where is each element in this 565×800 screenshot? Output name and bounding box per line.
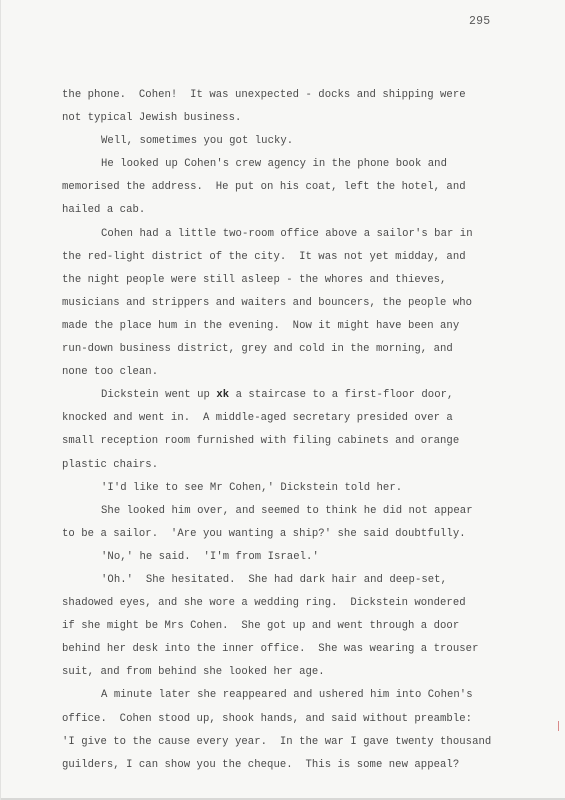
margin-mark [558, 721, 559, 731]
text-line: the phone. Cohen! It was unexpected - do… [62, 84, 532, 107]
text-line: the red-light district of the city. It w… [62, 246, 532, 269]
text-line: Cohen had a little two-room office above… [62, 223, 532, 246]
text-line: A minute later she reappeared and ushere… [62, 684, 532, 707]
text-line: if she might be Mrs Cohen. She got up an… [62, 615, 532, 638]
text-line: suit, and from behind she looked her age… [62, 661, 532, 684]
text-line: He looked up Cohen's crew agency in the … [62, 153, 532, 176]
text-line: guilders, I can show you the cheque. Thi… [62, 754, 532, 777]
page-number: 295 [469, 15, 490, 28]
text-line: 'Oh.' She hesitated. She had dark hair a… [62, 569, 532, 592]
text-line: office. Cohen stood up, shook hands, and… [62, 708, 532, 731]
text-line: run-down business district, grey and col… [62, 338, 532, 361]
text-line: small reception room furnished with fili… [62, 430, 532, 453]
text-line: knocked and went in. A middle-aged secre… [62, 407, 532, 430]
text-line: Dickstein went up xk a staircase to a fi… [62, 384, 532, 407]
text-line: 'No,' he said. 'I'm from Israel.' [62, 546, 532, 569]
text-line: musicians and strippers and waiters and … [62, 292, 532, 315]
manuscript-page: 295 the phone. Cohen! It was unexpected … [0, 0, 565, 800]
text-line: shadowed eyes, and she wore a wedding ri… [62, 592, 532, 615]
text-line: the night people were still asleep - the… [62, 269, 532, 292]
text-line: 'I'd like to see Mr Cohen,' Dickstein to… [62, 477, 532, 500]
text-line: hailed a cab. [62, 199, 532, 222]
text-line: 'I give to the cause every year. In the … [62, 731, 532, 754]
typed-over-mark: xk [216, 389, 229, 401]
text-line: made the place hum in the evening. Now i… [62, 315, 532, 338]
text-line: behind her desk into the inner office. S… [62, 638, 532, 661]
text-line: none too clean. [62, 361, 532, 384]
text-line: plastic chairs. [62, 454, 532, 477]
text-line: not typical Jewish business. [62, 107, 532, 130]
body-text: the phone. Cohen! It was unexpected - do… [62, 84, 532, 777]
text-line: memorised the address. He put on his coa… [62, 176, 532, 199]
text-line: to be a sailor. 'Are you wanting a ship?… [62, 523, 532, 546]
text-line: She looked him over, and seemed to think… [62, 500, 532, 523]
text-line: Well, sometimes you got lucky. [62, 130, 532, 153]
